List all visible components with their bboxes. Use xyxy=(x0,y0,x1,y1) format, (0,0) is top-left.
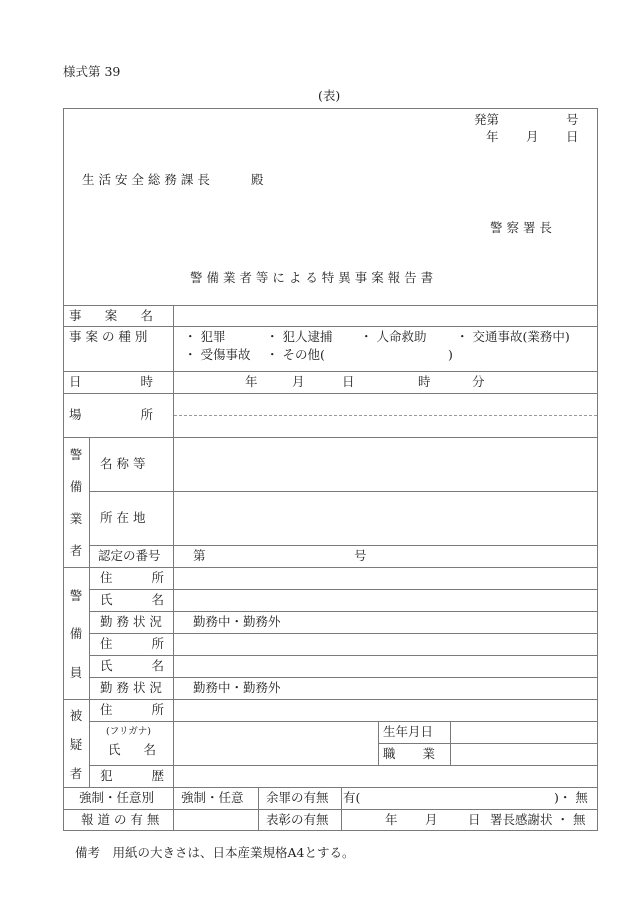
press-coverage-label: 報 道 の 有 無 xyxy=(81,814,159,827)
criminal-record-label: 犯歴 xyxy=(100,770,164,783)
guard1-address-label: 住所 xyxy=(100,572,164,585)
guard1-status-label: 勤 務 状 況 xyxy=(100,616,162,629)
divider xyxy=(89,655,598,656)
commendation-month: 月 xyxy=(425,814,438,827)
company-address-label: 所 在 地 xyxy=(100,512,145,525)
form-number: 様式第 39 xyxy=(63,66,120,79)
datetime-day: 日 xyxy=(342,376,355,389)
case-type-rescue[interactable]: ・ 人命救助 xyxy=(360,331,426,344)
guard1-status-value[interactable]: 勤務中・勤務外 xyxy=(193,616,281,629)
issue-date-day: 日 xyxy=(566,131,579,144)
other-crimes-label: 余罪の有無 xyxy=(266,792,329,805)
divider xyxy=(378,743,598,744)
suspect-group-label: 被 疑 者 xyxy=(63,700,89,787)
case-type-label: 事 案 の 種 別 xyxy=(69,331,147,344)
commendation-day: 日 xyxy=(468,814,481,827)
date-of-birth-label: 生年月日 xyxy=(383,726,433,739)
divider xyxy=(63,787,598,788)
commendation-label: 表彰の有無 xyxy=(266,814,329,827)
group-column-divider xyxy=(89,437,90,787)
divider xyxy=(258,787,259,831)
sender: 警 察 署 長 xyxy=(490,222,552,235)
case-type-other[interactable]: ・ その他( xyxy=(266,349,325,362)
label-column-divider xyxy=(173,305,174,831)
suspect-name-label: 氏名 xyxy=(108,744,156,757)
certification-number-label: 認定の番号 xyxy=(98,550,161,563)
certification-suffix: 号 xyxy=(354,550,367,563)
company-name-field[interactable] xyxy=(175,438,597,490)
issue-date-year: 年 xyxy=(486,131,499,144)
certification-prefix: 第 xyxy=(193,550,206,563)
case-type-crime[interactable]: ・ 犯罪 xyxy=(184,331,225,344)
divider xyxy=(89,633,598,634)
honorific: 殿 xyxy=(251,174,264,187)
divider xyxy=(341,787,342,831)
datetime-month: 月 xyxy=(292,376,305,389)
suspect-furigana-label: (フリガナ) xyxy=(106,727,151,737)
commendation-year: 年 xyxy=(385,814,398,827)
case-name-field[interactable] xyxy=(175,306,597,325)
guard2-name-label: 氏名 xyxy=(100,660,164,673)
divider xyxy=(89,611,598,612)
other-crimes-yes[interactable]: 有( xyxy=(343,792,360,805)
divider xyxy=(89,677,598,678)
divider xyxy=(89,721,598,722)
issue-date-month: 月 xyxy=(526,131,539,144)
divider xyxy=(63,809,598,810)
case-type-other-close: ) xyxy=(448,349,453,362)
guard2-address-label: 住所 xyxy=(100,638,164,651)
place-label: 場所 xyxy=(69,409,153,422)
datetime-label: 日時 xyxy=(69,376,153,389)
case-type-traffic-accident[interactable]: ・ 交通事故(業務中) xyxy=(456,331,570,344)
datetime-year: 年 xyxy=(245,376,258,389)
case-type-arrest[interactable]: ・ 犯人逮捕 xyxy=(266,331,332,344)
divider xyxy=(378,721,379,765)
issue-number-prefix: 発第 xyxy=(474,114,499,127)
divider xyxy=(63,371,598,372)
remarks-note: 備考 用紙の大きさは、日本産業規格A4とする。 xyxy=(75,847,354,860)
coercion-label: 強制・任意別 xyxy=(79,792,154,805)
divider xyxy=(63,699,598,700)
guard2-status-value[interactable]: 勤務中・勤務外 xyxy=(193,682,281,695)
divider xyxy=(63,326,598,327)
issue-number-suffix: 号 xyxy=(566,114,579,127)
guards-group-label: 警 備 員 xyxy=(63,568,89,699)
coercion-value[interactable]: 強制・任意 xyxy=(181,792,244,805)
datetime-hour: 時 xyxy=(418,376,431,389)
case-name-label: 事案名 xyxy=(69,310,153,323)
commendation-options[interactable]: 署長感謝状 ・ 無 xyxy=(490,814,585,827)
security-company-group-label: 警 備 業 者 xyxy=(63,438,89,566)
company-name-label: 名 称 等 xyxy=(100,458,145,471)
guard1-name-label: 氏名 xyxy=(100,594,164,607)
document-title: 警 備 業 者 等 に よ る 特 異 事 案 報 告 書 xyxy=(190,272,433,285)
addressee: 生 活 安 全 総 務 課 長 xyxy=(82,174,210,187)
place-field[interactable] xyxy=(175,394,597,436)
divider xyxy=(89,765,598,766)
divider xyxy=(450,721,451,765)
company-address-field[interactable] xyxy=(175,492,597,544)
occupation-label: 職業 xyxy=(383,748,435,761)
divider xyxy=(89,545,598,546)
divider xyxy=(89,589,598,590)
datetime-minute: 分 xyxy=(472,376,485,389)
suspect-address-label: 住所 xyxy=(100,704,164,717)
divider xyxy=(63,567,598,568)
other-crimes-no[interactable]: )・ 無 xyxy=(554,792,588,805)
case-type-injury[interactable]: ・ 受傷事故 xyxy=(184,349,250,362)
side-label: (表) xyxy=(318,90,340,103)
guard2-status-label: 勤 務 状 況 xyxy=(100,682,162,695)
